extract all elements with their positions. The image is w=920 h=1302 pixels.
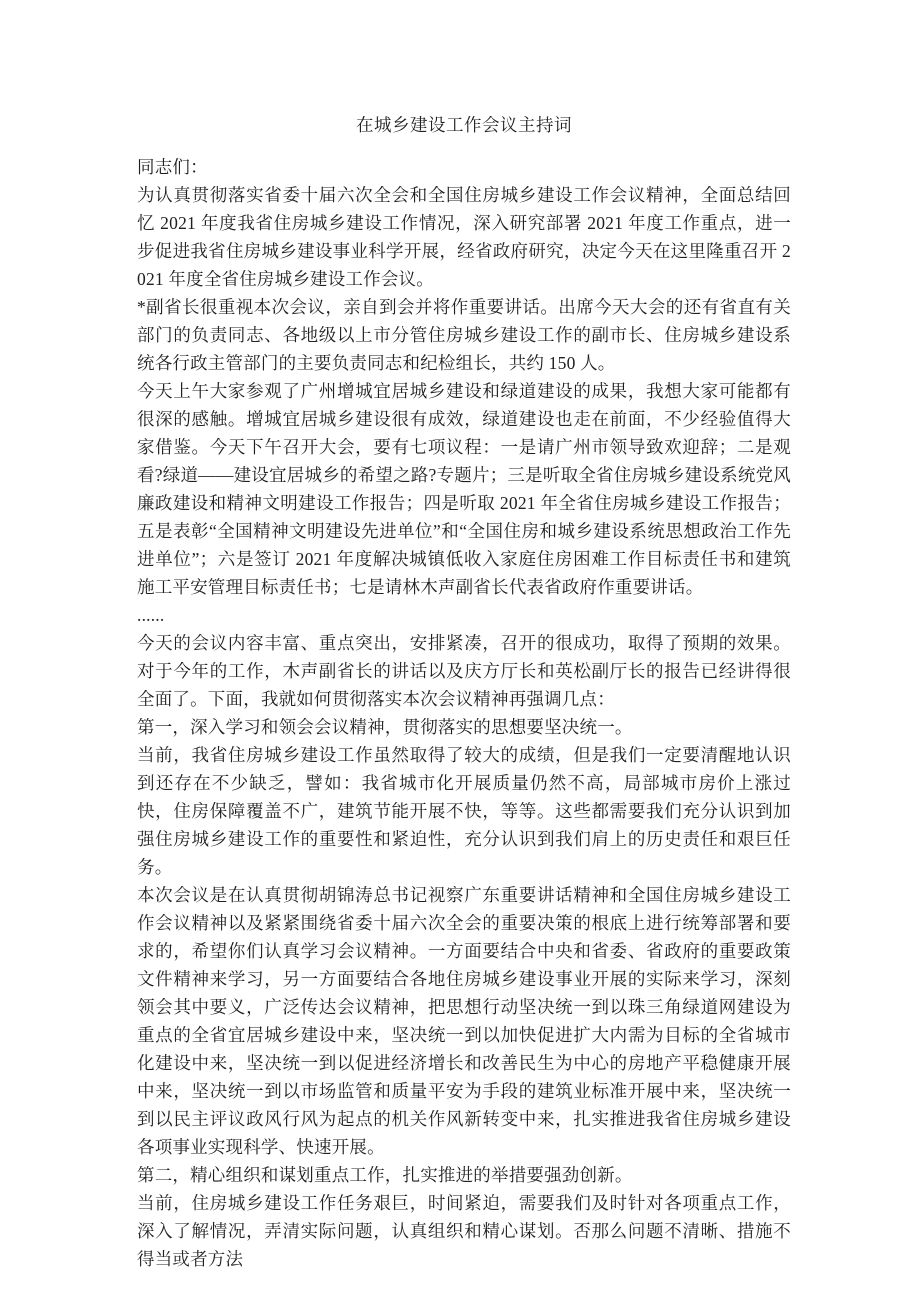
paragraph-3: *副省长很重视本次会议，亲自到会并将作重要讲话。出席今天大会的还有省直有关部门的… bbox=[137, 293, 791, 377]
paragraph-4: 今天上午大家参观了广州增城宜居城乡建设和绿道建设的成果，我想大家可能都有很深的感… bbox=[137, 377, 791, 601]
paragraph-2: 为认真贯彻落实省委十届六次全会和全国住房城乡建设工作会议精神，全面总结回忆 20… bbox=[137, 181, 791, 293]
paragraph-7: 第一，深入学习和领会会议精神，贯彻落实的思想要坚决统一。 bbox=[137, 713, 791, 741]
paragraph-11: 当前，住房城乡建设工作任务艰巨，时间紧迫，需要我们及时针对各项重点工作，深入了解… bbox=[137, 1189, 791, 1273]
paragraph-1: 同志们： bbox=[137, 153, 791, 181]
document-body: 同志们：为认真贯彻落实省委十届六次全会和全国住房城乡建设工作会议精神，全面总结回… bbox=[137, 153, 791, 1273]
paragraph-5: ...... bbox=[137, 601, 791, 629]
paragraph-9: 本次会议是在认真贯彻胡锦涛总书记视察广东重要讲话精神和全国住房城乡建设工作会议精… bbox=[137, 881, 791, 1161]
paragraph-10: 第二，精心组织和谋划重点工作，扎实推进的举措要强劲创新。 bbox=[137, 1161, 791, 1189]
paragraph-8: 当前，我省住房城乡建设工作虽然取得了较大的成绩，但是我们一定要清醒地认识到还存在… bbox=[137, 741, 791, 881]
document-title: 在城乡建设工作会议主持词 bbox=[137, 111, 791, 139]
paragraph-6: 今天的会议内容丰富、重点突出，安排紧凑，召开的很成功，取得了预期的效果。对于今年… bbox=[137, 629, 791, 713]
document-page: 在城乡建设工作会议主持词 同志们：为认真贯彻落实省委十届六次全会和全国住房城乡建… bbox=[0, 0, 920, 1302]
